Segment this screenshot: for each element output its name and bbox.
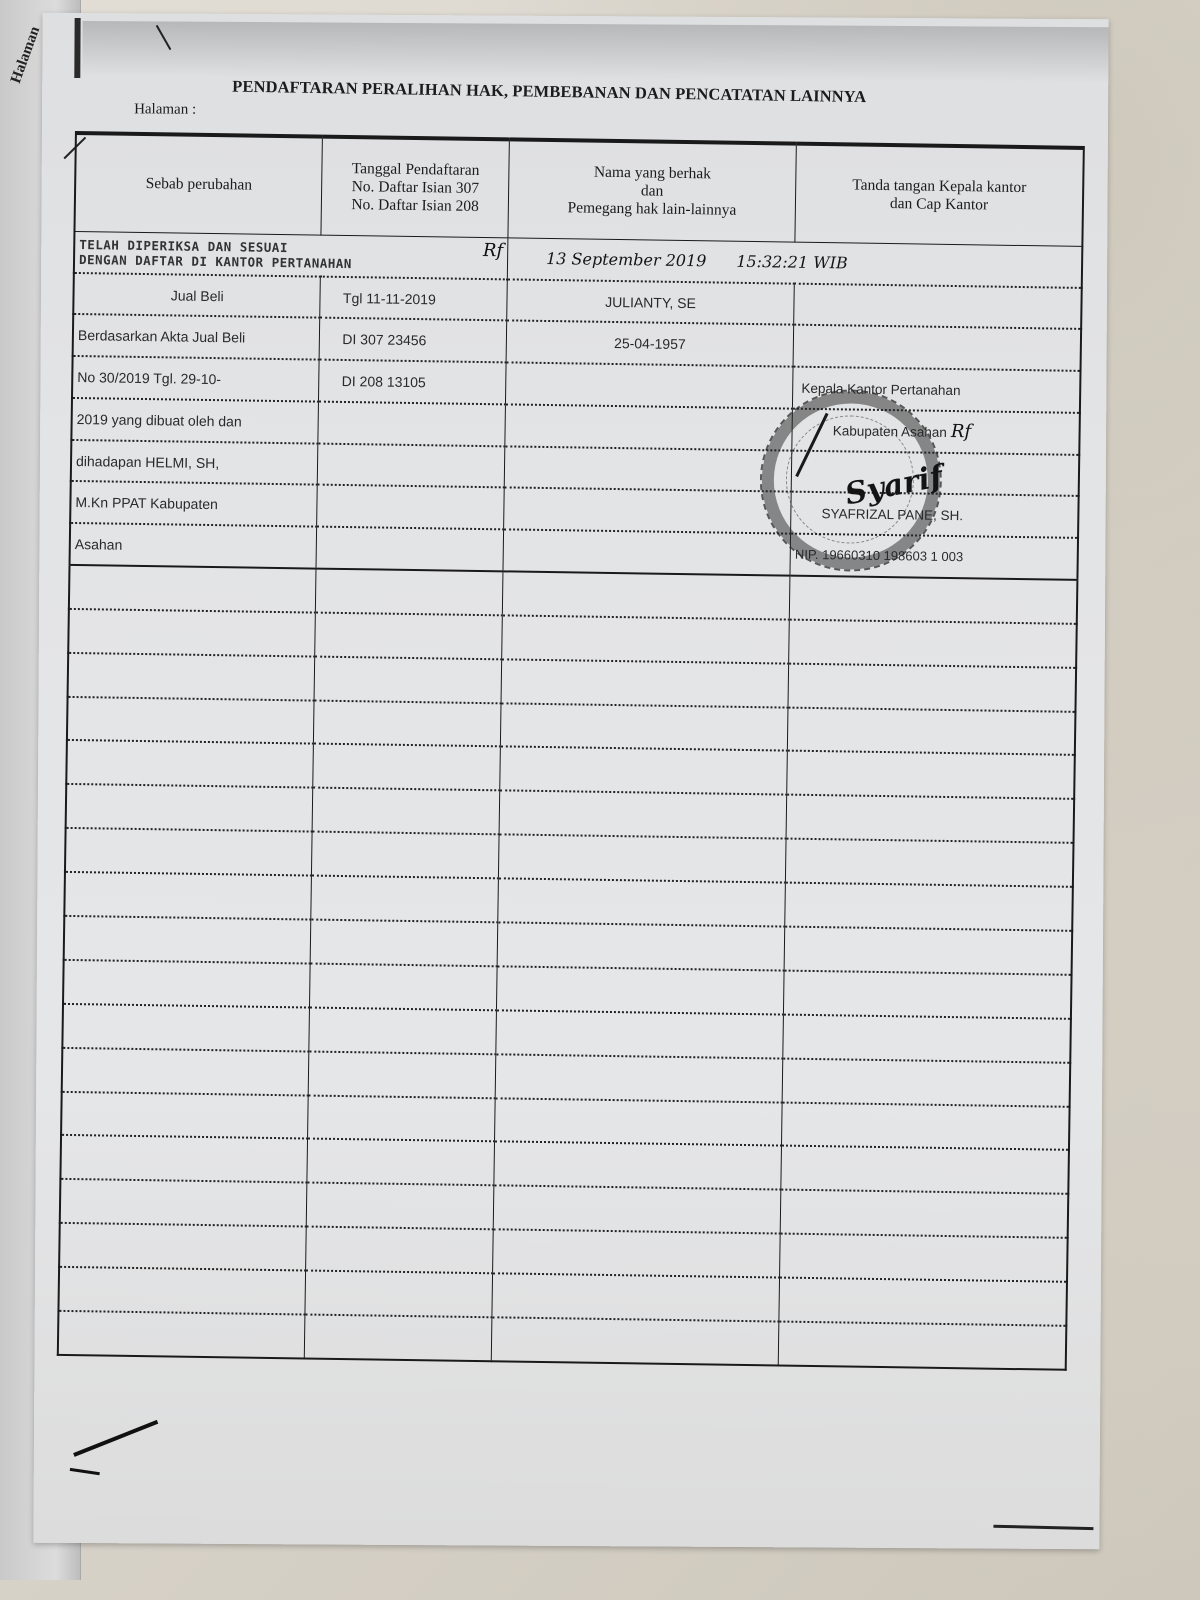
header-sebab-perubahan: Sebab perubahan xyxy=(74,133,322,235)
empty-cell xyxy=(307,1139,494,1186)
empty-cell xyxy=(491,1317,779,1365)
empty-cell xyxy=(58,1267,306,1315)
empty-cell xyxy=(311,876,498,923)
empty-cell xyxy=(305,1271,492,1318)
empty-cell xyxy=(782,1102,1070,1150)
empty-cell xyxy=(500,747,788,795)
header-tanda-tangan: Tanda tangan Kepala kantordan Cap Kantor xyxy=(795,144,1084,247)
empty-cell xyxy=(65,828,313,876)
header-line: dan Cap Kantor xyxy=(800,194,1078,216)
registration-cell: Tgl 11-11-2019 xyxy=(320,276,507,320)
holder-cell xyxy=(505,363,793,409)
page-number-label: Halaman : xyxy=(134,101,196,118)
empty-cell xyxy=(498,835,786,883)
empty-cell xyxy=(502,615,790,663)
holder-cell xyxy=(504,488,792,534)
empty-cell xyxy=(784,970,1072,1018)
empty-cell xyxy=(492,1229,780,1277)
empty-cell xyxy=(306,1227,493,1274)
header-line: Sebab perubahan xyxy=(80,174,318,196)
empty-cell xyxy=(497,922,785,970)
check-mark xyxy=(73,1420,158,1457)
header-line: No. Daftar Isian 208 xyxy=(326,196,504,217)
empty-cell xyxy=(494,1098,782,1146)
registration-cell xyxy=(318,402,505,446)
holder-cell: 25-04-1957 xyxy=(506,321,794,367)
empty-cell xyxy=(313,788,500,835)
empty-cell xyxy=(66,740,314,788)
empty-cell xyxy=(308,1095,495,1142)
empty-cell xyxy=(779,1278,1067,1326)
empty-cell xyxy=(784,927,1072,975)
signatory-paraf: Rf xyxy=(951,421,972,442)
empty-cell xyxy=(66,784,314,832)
empty-cell xyxy=(309,1051,496,1098)
empty-cell xyxy=(501,659,789,707)
holder-cell xyxy=(503,529,791,575)
header-nama-yang-berhak: Nama yang berhakdanPemegang hak lain-lai… xyxy=(508,139,797,242)
empty-cell xyxy=(786,795,1074,843)
empty-cell xyxy=(62,1004,310,1052)
cause-cell: 2019 yang dibuat oleh dan xyxy=(71,398,319,443)
empty-cell xyxy=(493,1186,781,1234)
empty-cell xyxy=(309,1007,496,1054)
empty-cell xyxy=(67,696,315,744)
copy-smudge xyxy=(82,21,1108,82)
empty-cell xyxy=(307,1183,494,1230)
empty-cell xyxy=(496,966,784,1014)
empty-cell xyxy=(782,1058,1070,1106)
empty-cell xyxy=(785,883,1073,931)
document-sheet: PENDAFTARAN PERALIHAN HAK, PEMBEBANAN DA… xyxy=(33,13,1108,1549)
verification-date: 13 September 2019 xyxy=(546,249,707,270)
empty-cell xyxy=(314,700,501,747)
registration-cell xyxy=(316,527,503,571)
underlying-page-label: Halaman xyxy=(8,24,44,85)
registration-cell: DI 208 13105 xyxy=(319,360,506,404)
empty-cell xyxy=(788,663,1076,711)
empty-cell xyxy=(778,1322,1066,1370)
holder-cell xyxy=(505,404,793,450)
empty-cell xyxy=(64,872,312,920)
empty-cell xyxy=(63,960,311,1008)
empty-cell xyxy=(496,1010,784,1058)
empty-cell xyxy=(502,571,790,619)
empty-cell xyxy=(68,609,316,657)
verification-stamp: TELAH DIPERIKSA DAN SESUAI DENGAN DAFTAR… xyxy=(74,231,508,279)
registration-cell xyxy=(318,443,505,487)
empty-cell xyxy=(781,1146,1069,1194)
header-tanggal-pendaftaran: Tanggal PendaftaranNo. Daftar Isian 307N… xyxy=(321,137,509,238)
empty-cell xyxy=(786,839,1074,887)
empty-cell xyxy=(313,744,500,791)
empty-cell xyxy=(498,878,786,926)
empty-cell xyxy=(780,1234,1068,1282)
binder-mark xyxy=(74,18,80,78)
header-line: Pemegang hak lain-lainnya xyxy=(513,198,792,220)
cause-cell: Jual Beli xyxy=(73,273,321,318)
check-mark xyxy=(70,1468,100,1475)
empty-cell xyxy=(499,791,787,839)
register-table: Sebab perubahan Tanggal PendaftaranNo. D… xyxy=(57,131,1085,1371)
registration-cell xyxy=(317,485,504,529)
empty-cell xyxy=(500,703,788,751)
empty-cell xyxy=(495,1054,783,1102)
empty-cell xyxy=(61,1091,309,1139)
empty-cell xyxy=(788,707,1076,755)
page-title: PENDAFTARAN PERALIHAN HAK, PEMBEBANAN DA… xyxy=(232,77,866,108)
empty-cell xyxy=(316,568,503,615)
registration-cell: DI 307 23456 xyxy=(320,318,507,362)
verification-stamp-line2: DENGAN DAFTAR DI KANTOR PERTANAHAN xyxy=(79,252,352,271)
cause-cell: M.Kn PPAT Kabupaten xyxy=(70,481,318,526)
empty-cell xyxy=(305,1314,492,1361)
empty-cell xyxy=(494,1142,782,1190)
verification-time: 15:32:21 WIB xyxy=(736,252,848,273)
empty-cell xyxy=(311,920,498,967)
empty-cell xyxy=(58,1311,306,1359)
signatory-cell xyxy=(794,283,1082,329)
signatory-cell xyxy=(793,325,1081,371)
empty-cell xyxy=(783,1014,1071,1062)
empty-cell xyxy=(315,612,502,659)
empty-cell xyxy=(60,1135,308,1183)
cause-cell: dihadapan HELMI, SH, xyxy=(71,440,319,485)
holder-cell: JULIANTY, SE xyxy=(507,279,795,325)
cause-cell: Berdasarkan Akta Jual Beli xyxy=(73,314,321,359)
pen-mark xyxy=(993,1525,1093,1530)
empty-cell xyxy=(789,575,1077,623)
empty-cell xyxy=(312,832,499,879)
cause-cell: Asahan xyxy=(70,523,318,568)
holder-cell xyxy=(504,446,792,492)
empty-cell xyxy=(787,751,1075,799)
empty-cell xyxy=(310,963,497,1010)
empty-cell xyxy=(60,1179,308,1227)
empty-cell xyxy=(789,619,1077,667)
empty-cell xyxy=(62,1048,310,1096)
empty-cell xyxy=(64,916,312,964)
cause-cell: No 30/2019 Tgl. 29-10- xyxy=(72,356,320,401)
empty-cell xyxy=(314,656,501,703)
empty-cell xyxy=(59,1223,307,1271)
empty-cell xyxy=(68,653,316,701)
empty-cell xyxy=(780,1190,1068,1238)
table-header-row: Sebab perubahan Tanggal PendaftaranNo. D… xyxy=(74,133,1083,246)
empty-cell xyxy=(69,565,317,613)
verification-paraf: Rf xyxy=(483,243,504,273)
empty-cell xyxy=(492,1273,780,1321)
